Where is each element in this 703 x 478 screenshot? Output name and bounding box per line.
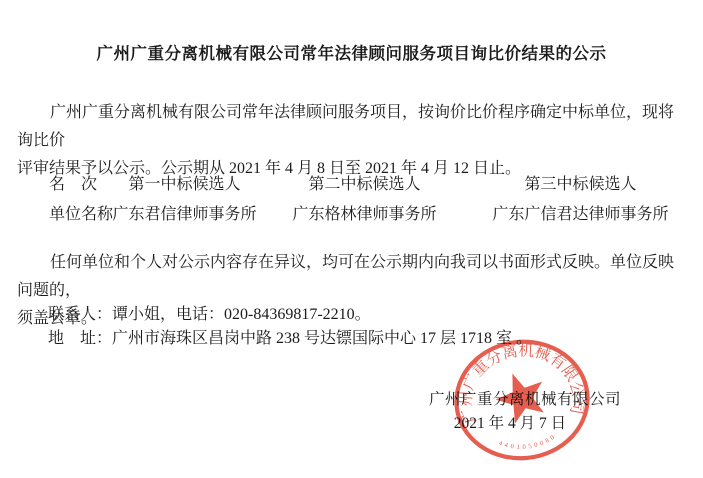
- first-candidate-name: 广东君信律师事务所: [112, 200, 257, 230]
- signature-date: 2021 年 4 月 7 日: [430, 411, 590, 433]
- first-candidate-header: 第一中标候选人: [112, 170, 257, 200]
- address-line: 地 址：广州市海珠区昌岗中路 238 号达镖国际中心 17 层 1718 室 。: [17, 327, 689, 351]
- signature-company-name: 广州广重分离机械有限公司: [429, 387, 621, 409]
- second-candidate-header: 第二中标候选人: [257, 170, 472, 200]
- announcement-document: 广州广重分离机械有限公司常年法律顾问服务项目询比价结果的公示 广州广重分离机械有…: [0, 0, 703, 478]
- second-candidate-name: 广东格林律师事务所: [257, 200, 472, 230]
- intro-line-1: 广州广重分离机械有限公司常年法律顾问服务项目，按询价比价程序确定中标单位，现将询…: [17, 99, 689, 155]
- third-candidate-header: 第三中标候选人: [472, 170, 689, 200]
- third-candidate-name: 广东广信君达律师事务所: [472, 200, 689, 230]
- seal-serial-number: 4401050080: [497, 433, 558, 453]
- table-row: 单位名称 广东君信律师事务所 广东格林律师事务所 广东广信君达律师事务所: [17, 200, 689, 230]
- contact-line: 联系人：谭小姐，电话：020-84369817-2210。: [17, 303, 689, 327]
- page-title: 广州广重分离机械有限公司常年法律顾问服务项目询比价结果的公示: [0, 40, 703, 64]
- table-header-row: 名 次 第一中标候选人 第二中标候选人 第三中标候选人: [17, 170, 689, 200]
- bid-candidates-table: 名 次 第一中标候选人 第二中标候选人 第三中标候选人 单位名称 广东君信律师事…: [17, 170, 689, 230]
- objection-line-1: 任何单位和个人对公示内容存在异议，均可在公示期内向我司以书面形式反映。单位反映问…: [17, 249, 689, 305]
- unit-name-label: 单位名称: [17, 200, 112, 230]
- rank-label: 名 次: [17, 170, 112, 200]
